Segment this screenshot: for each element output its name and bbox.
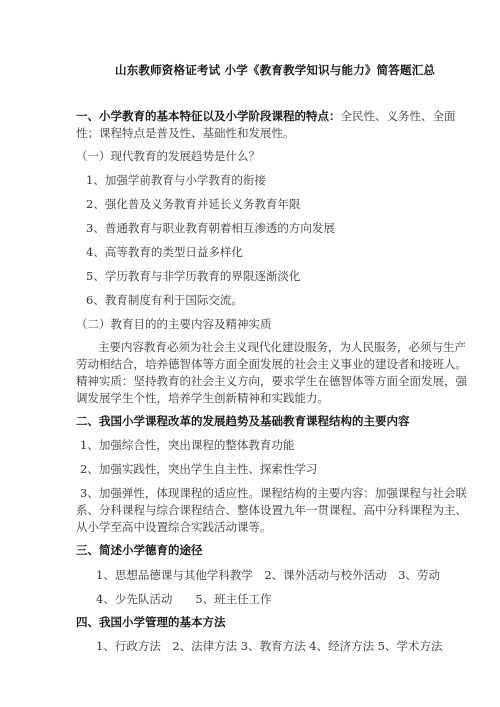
document-title: 山东教师资格证考试 小学《教育教学知识与能力》简答题汇总	[115, 62, 435, 78]
list-item: 5、学历教育与非学历教育的界限逐渐淡化	[86, 268, 300, 284]
section3-heading: 三、简述小学德育的途径	[76, 542, 203, 558]
list-line: 1、思想品德课与其他学科教学 2、课外活动与校外活动 3、劳动	[96, 567, 440, 583]
list-line: 4、少先队活动 5、班主任工作	[96, 591, 272, 607]
list-item: 2、强化普及义务教育并延长义务教育年限	[86, 196, 300, 212]
section1-heading-bold: 一、小学教育的基本特征以及小学阶段课程的特点：	[76, 109, 341, 123]
paragraph-line: 精神实质：坚持教育的社会主义方向，要求学生在德智体等方面全面发展，强	[76, 373, 467, 389]
subsection2-title: （二）教育目的的主要内容及精神实质	[76, 316, 272, 332]
paragraph-line: 劳动相结合，培养德智体等方面全面发展的社会主义事业的建设者和接班人。	[76, 356, 467, 372]
section1-heading: 一、小学教育的基本特征以及小学阶段课程的特点：全民性、义务性、全面	[76, 108, 456, 124]
subsection1-title: （一）现代教育的发展趋势是什么？	[76, 148, 260, 164]
paragraph-line: 3、加强弹性，体现课程的适应性。课程结构的主要内容：加强课程与社会联	[80, 485, 467, 501]
paragraph-line: 调发展学生个性，培养学生创新精神和实践能力。	[76, 390, 329, 406]
list-item: 3、普通教育与职业教育朝着相互渗透的方向发展	[86, 220, 335, 236]
section1-line2: 性；课程特点是普及性、基础性和发展性。	[76, 125, 295, 141]
document-page: 山东教师资格证考试 小学《教育教学知识与能力》简答题汇总 一、小学教育的基本特征…	[0, 0, 500, 707]
section1-heading-rest: 全民性、义务性、全面	[341, 109, 456, 123]
paragraph-line: 系、分科课程与综合课程结合、整体设置九年一贯课程、高中分科课程为主、	[76, 502, 467, 518]
paragraph-line: 从小学至高中设置综合实践活动课等。	[76, 519, 272, 535]
section4-heading: 四、我国小学管理的基本方法	[76, 614, 226, 630]
list-item: 2、加强实践性，突出学生自主性、探索性学习	[80, 461, 317, 477]
list-item: 1、加强学前教育与小学教育的衔接	[86, 172, 266, 188]
list-item: 1、加强综合性，突出课程的整体教育功能	[80, 437, 294, 453]
list-item: 6、教育制度有利于国际交流。	[86, 292, 243, 308]
list-line: 1、行政方法 2、法律方法 3、教育方法 4、经济方法 5、学术方法	[96, 638, 443, 654]
list-item: 4、高等教育的类型日益多样化	[86, 244, 243, 260]
section2-heading: 二、我国小学课程改革的发展趋势及基础教育课程结构的主要内容	[76, 413, 410, 429]
paragraph-line: 主要内容教育必须为社会主义现代化建设服务，为人民服务，必须与生产	[98, 339, 466, 355]
